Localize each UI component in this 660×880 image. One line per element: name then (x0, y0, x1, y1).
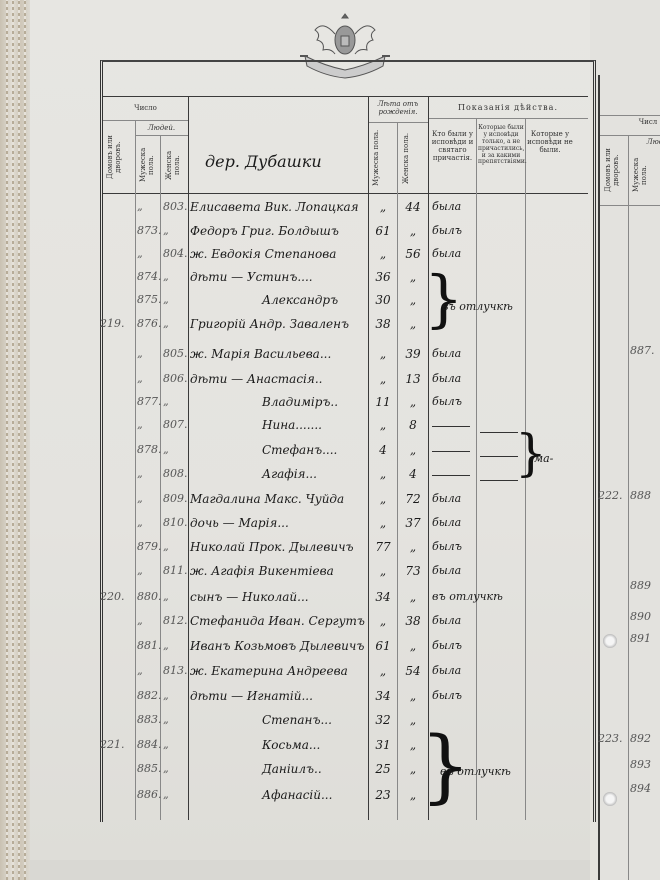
age-male: 77 (369, 540, 397, 554)
confession-status: была (432, 614, 461, 627)
female-number: „ (163, 443, 169, 456)
age-female: 38 (399, 614, 427, 628)
male-number: „ (137, 347, 143, 360)
next-entry-number: 892 (630, 732, 651, 745)
male-number: 875. (137, 293, 162, 306)
female-number: „ (163, 689, 169, 702)
person-name: Нина....... (262, 418, 322, 432)
next-entry-number: 887. (630, 344, 655, 357)
person-name: Елисавета Вик. Лопацкая (190, 200, 359, 214)
female-number: „ (163, 639, 169, 652)
next-entry-number: 889 (630, 579, 651, 592)
age-male: 38 (369, 317, 397, 331)
male-number: „ (137, 418, 143, 431)
brace-note-3: въ отлучкѣ (440, 765, 511, 778)
age-female: 13 (399, 372, 427, 386)
male-number: „ (137, 247, 143, 260)
age-female: „ (399, 395, 427, 409)
male-number: „ (137, 614, 143, 627)
age-female: 44 (399, 200, 427, 214)
age-male: 34 (369, 590, 397, 604)
female-number: „ (163, 317, 169, 330)
age-male: 4 (369, 443, 397, 457)
age-female: 39 (399, 347, 427, 361)
person-name: Магдалина Макс. Чуйда (190, 492, 344, 506)
female-number: 811. (163, 564, 188, 577)
person-name: сынъ — Николай... (190, 590, 309, 604)
female-number: 812. (163, 614, 188, 627)
header-bottom-line (103, 193, 588, 194)
header-leta-zhen: Женска пола. (402, 126, 422, 190)
male-number: 877. (137, 395, 162, 408)
age-male: 23 (369, 788, 397, 802)
male-number: „ (137, 200, 143, 213)
header-col-a: Кто были у исповѣди и святаго причастія. (430, 130, 475, 162)
age-female: „ (399, 317, 427, 331)
age-male: „ (369, 372, 397, 386)
female-number: 808. (163, 467, 188, 480)
male-number: 882. (137, 689, 162, 702)
age-female: 4 (399, 467, 427, 481)
book-edge (0, 0, 30, 880)
person-name: ж. Марія Васильева... (190, 347, 331, 361)
header-domov: Домовъ или дворовъ. (106, 125, 132, 190)
person-name: дѣти — Устинъ.... (190, 270, 313, 284)
next-entry-number: 888 (630, 489, 651, 502)
male-number: 879. (137, 540, 162, 553)
confession-status: былъ (432, 395, 462, 408)
next-header-lyud: Люд (645, 138, 660, 146)
age-female: 72 (399, 492, 427, 506)
header-chislo: Число (103, 104, 188, 112)
female-number: „ (163, 762, 169, 775)
household-number: 220. (100, 590, 125, 603)
header-zhen: Женска пола. (165, 140, 183, 190)
brace-note-1: въ отлучкѣ (442, 300, 513, 313)
person-name: Александръ (262, 293, 338, 307)
female-number: „ (163, 270, 169, 283)
male-number: „ (137, 467, 143, 480)
header-leta-muzh: Мужеска пола. (372, 126, 392, 190)
next-header-muzh: Мужеска пола. (632, 150, 648, 200)
household-number: 219. (100, 317, 125, 330)
age-female: 37 (399, 516, 427, 530)
person-name: Стефанида Иван. Сергутъ (190, 614, 365, 628)
person-name: Афанасій... (262, 788, 332, 802)
brace-group-1: } (424, 268, 463, 330)
age-male: 36 (369, 270, 397, 284)
next-page-edge (590, 0, 660, 880)
brace-note-2: ма- (534, 452, 553, 465)
female-number: 809. (163, 492, 188, 505)
header-top-line (103, 96, 588, 97)
person-name: дѣти — Игнатій... (190, 689, 313, 703)
age-male: 11 (369, 395, 397, 409)
age-male: 30 (369, 293, 397, 307)
binding-hole (603, 792, 617, 806)
female-number: 804. (163, 247, 188, 260)
female-number: „ (163, 540, 169, 553)
next-household-number: 223. (598, 732, 623, 745)
male-number: 876. (137, 317, 162, 330)
confession-status: былъ (432, 540, 462, 553)
confession-status: была (432, 564, 461, 577)
confession-status: былъ (432, 689, 462, 702)
person-name: Агафія... (262, 467, 317, 481)
next-entry-number: 891 (630, 632, 651, 645)
age-male: „ (369, 200, 397, 214)
female-number: „ (163, 713, 169, 726)
age-female: „ (399, 639, 427, 653)
next-header-chislo: Числ (628, 118, 660, 126)
male-number: 884. (137, 738, 162, 751)
female-number: „ (163, 293, 169, 306)
confession-status: былъ (432, 224, 462, 237)
age-female: „ (399, 689, 427, 703)
confession-status: въ отлучкѣ (432, 590, 503, 603)
age-female: 56 (399, 247, 427, 261)
person-name: Иванъ Козьмовъ Дылевичъ (190, 639, 364, 653)
male-number: 883. (137, 713, 162, 726)
male-number: 878. (137, 443, 162, 456)
age-male: „ (369, 614, 397, 628)
next-entry-number: 890 (630, 610, 651, 623)
header-col-b: Которые были у исповѣди только, а не при… (478, 125, 524, 166)
person-name: Стефанъ.... (262, 443, 337, 457)
age-female: „ (399, 590, 427, 604)
confession-status: была (432, 247, 461, 260)
confession-status: была (432, 492, 461, 505)
age-female: „ (399, 224, 427, 238)
header-muzh: Мужеска пола. (139, 140, 157, 190)
female-number: 805. (163, 347, 188, 360)
age-female: „ (399, 540, 427, 554)
male-number: „ (137, 492, 143, 505)
female-number: 803. (163, 200, 188, 213)
status-dash (432, 451, 470, 452)
person-name: Федоръ Григ. Болдышъ (190, 224, 339, 238)
header-col-c: Которые у исповѣди не были. (527, 130, 573, 154)
age-male: 61 (369, 224, 397, 238)
female-number: „ (163, 788, 169, 801)
person-name: Косьма... (262, 738, 320, 752)
age-male: 31 (369, 738, 397, 752)
male-number: 885. (137, 762, 162, 775)
age-male: 61 (369, 639, 397, 653)
person-name: дочь — Марія... (190, 516, 289, 530)
age-male: „ (369, 347, 397, 361)
person-name: Степанъ... (262, 713, 332, 727)
age-male: „ (369, 564, 397, 578)
header-lyudey: Людей. (135, 124, 188, 132)
female-number: „ (163, 224, 169, 237)
status-dash (432, 475, 470, 476)
age-male: 32 (369, 713, 397, 727)
female-number: 813. (163, 664, 188, 677)
male-number: 874. (137, 270, 162, 283)
age-female: „ (399, 293, 427, 307)
male-number: „ (137, 664, 143, 677)
person-name: Владиміръ.. (262, 395, 338, 409)
age-male: „ (369, 418, 397, 432)
male-number: „ (137, 564, 143, 577)
male-number: „ (137, 516, 143, 529)
male-number: 880. (137, 590, 162, 603)
age-female: 73 (399, 564, 427, 578)
next-entry-number: 893 (630, 758, 651, 771)
person-name: Николай Прок. Дылевичъ (190, 540, 354, 554)
male-number: „ (137, 372, 143, 385)
person-name: ж. Агафія Викентіева (190, 564, 334, 578)
age-male: „ (369, 664, 397, 678)
female-number: „ (163, 738, 169, 751)
confession-status: былъ (432, 639, 462, 652)
confession-status: была (432, 664, 461, 677)
male-number: 873. (137, 224, 162, 237)
header-pokazaniya: Показанія дѣйства. (428, 103, 588, 112)
person-name: ж. Евдокія Степанова (190, 247, 336, 261)
person-name: дѣти — Анастасія.. (190, 372, 322, 386)
next-entry-number: 894 (630, 782, 651, 795)
age-male: „ (369, 516, 397, 530)
female-number: „ (163, 590, 169, 603)
female-number: 806. (163, 372, 188, 385)
confession-status: была (432, 200, 461, 213)
male-number: 881. (137, 639, 162, 652)
male-number: 886. (137, 788, 162, 801)
age-male: „ (369, 247, 397, 261)
binding-hole (603, 634, 617, 648)
next-header-domov: Домовъ или дворовъ. (604, 140, 624, 200)
confession-status: была (432, 516, 461, 529)
next-household-number: 222. (598, 489, 623, 502)
female-number: 807. (163, 418, 188, 431)
household-number: 221. (100, 738, 125, 751)
age-male: 34 (369, 689, 397, 703)
female-number: „ (163, 395, 169, 408)
confession-status: была (432, 347, 461, 360)
age-male: 25 (369, 762, 397, 776)
age-male: „ (369, 492, 397, 506)
status-dash (432, 426, 470, 427)
person-name: Даніилъ.. (262, 762, 322, 776)
header-leta: Лѣта отъ рожденія. (368, 100, 428, 116)
person-name: Григорій Андр. Заваленъ (190, 317, 349, 331)
female-number: 810. (163, 516, 188, 529)
confession-status: была (432, 372, 461, 385)
age-female: 8 (399, 418, 427, 432)
age-male: „ (369, 467, 397, 481)
age-female: 54 (399, 664, 427, 678)
person-name: ж. Екатерина Андреева (190, 664, 348, 678)
age-female: „ (399, 443, 427, 457)
age-female: „ (399, 270, 427, 284)
next-page-frame (598, 75, 600, 880)
village-title: дер. Дубашки (205, 152, 322, 171)
